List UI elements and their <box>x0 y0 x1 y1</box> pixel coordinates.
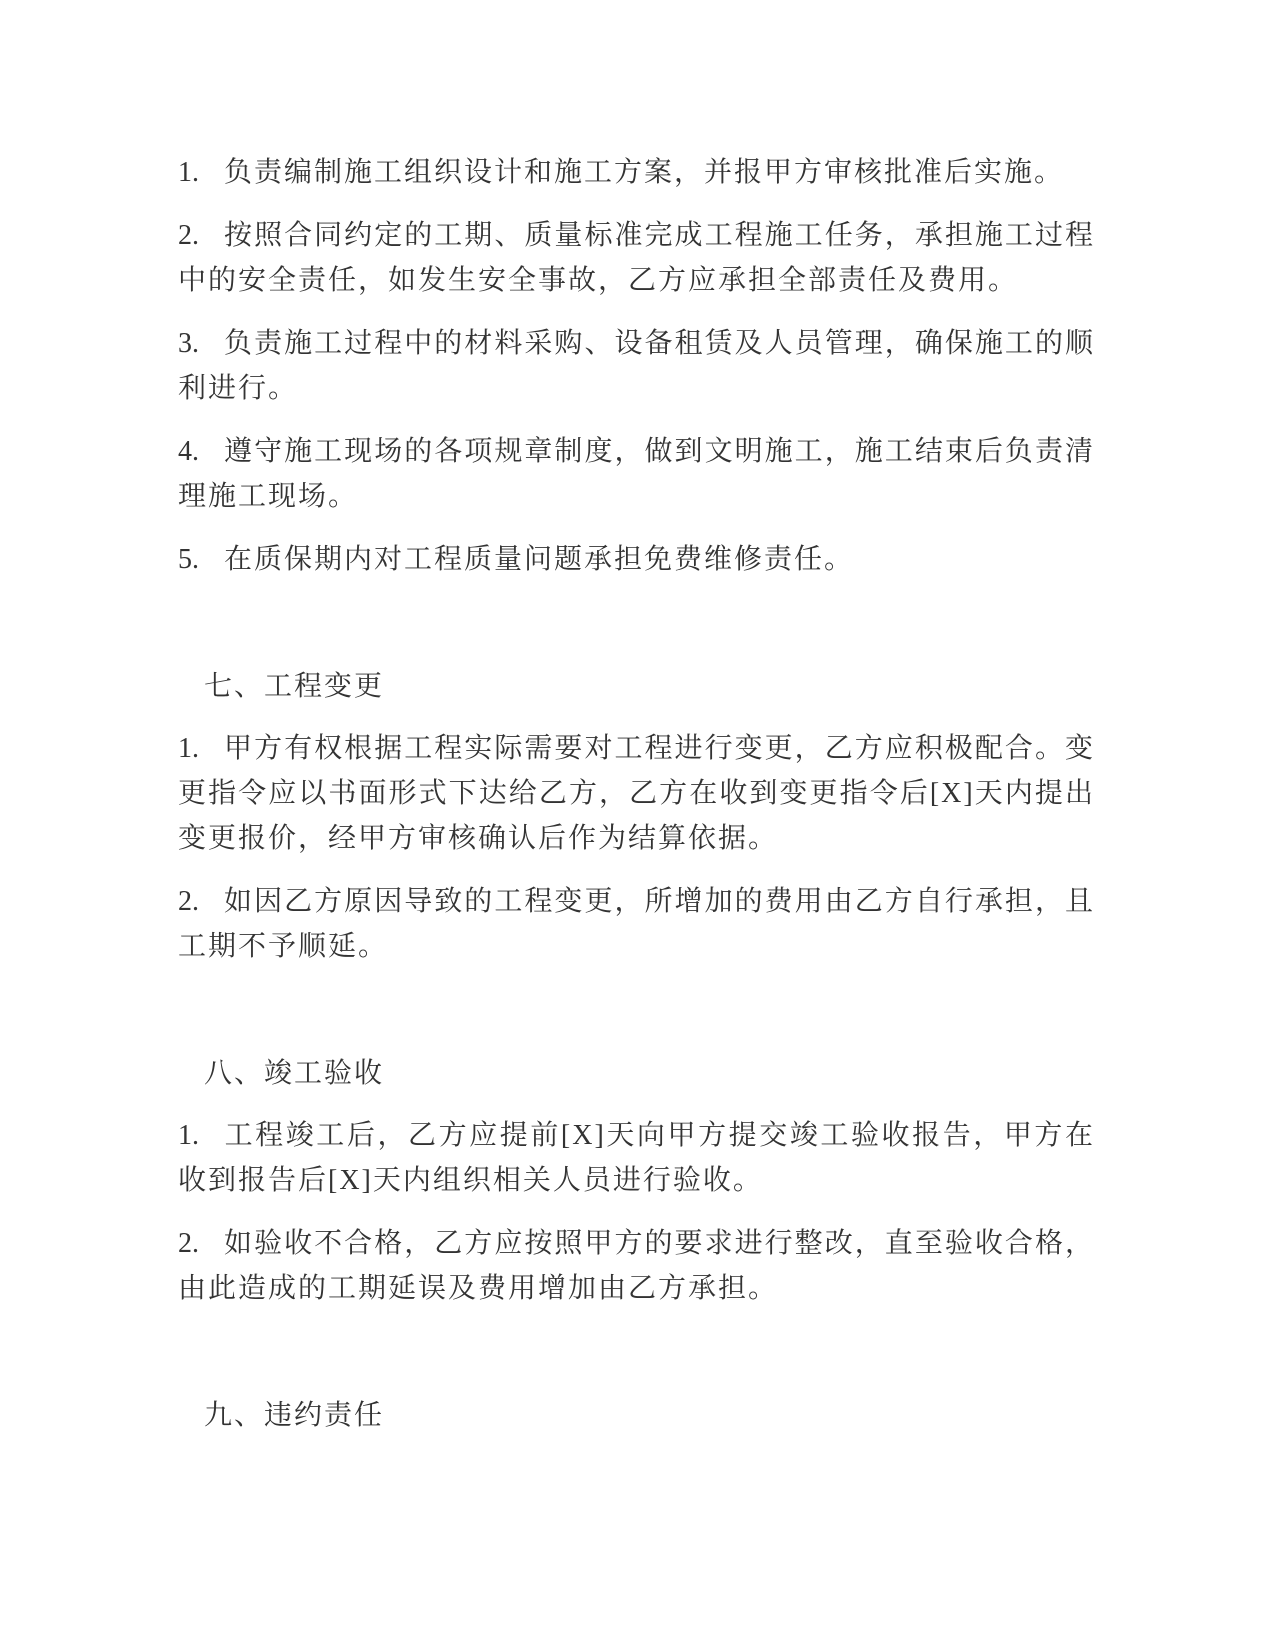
section8-item-2: 2.如验收不合格，乙方应按照甲方的要求进行整改，直至验收合格，由此造成的工期延误… <box>178 1221 1095 1311</box>
item-text: 负责编制施工组织设计和施工方案，并报甲方审核批准后实施。 <box>224 157 1064 188</box>
item-text: 按照合同约定的工期、质量标准完成工程施工任务，承担施工过程中的安全责任，如发生安… <box>178 220 1095 296</box>
item-number: 5. <box>178 537 224 582</box>
contract-document-page: 1.负责编制施工组织设计和施工方案，并报甲方审核批准后实施。 2.按照合同约定的… <box>0 0 1275 1650</box>
item-number: 1. <box>178 1113 224 1158</box>
item-number: 1. <box>178 150 224 195</box>
item-text: 工程竣工后，乙方应提前[X]天向甲方提交竣工验收报告，甲方在收到报告后[X]天内… <box>178 1120 1095 1196</box>
clause-item-1: 1.负责编制施工组织设计和施工方案，并报甲方审核批准后实施。 <box>178 150 1095 195</box>
item-number: 4. <box>178 429 224 474</box>
item-text: 在质保期内对工程质量问题承担免费维修责任。 <box>224 544 854 575</box>
clause-item-5: 5.在质保期内对工程质量问题承担免费维修责任。 <box>178 537 1095 582</box>
item-number: 2. <box>178 879 224 924</box>
item-number: 1. <box>178 726 224 771</box>
clause-item-4: 4.遵守施工现场的各项规章制度，做到文明施工，施工结束后负责清理施工现场。 <box>178 429 1095 519</box>
item-text: 如验收不合格，乙方应按照甲方的要求进行整改，直至验收合格，由此造成的工期延误及费… <box>178 1228 1095 1304</box>
section8-item-1: 1.工程竣工后，乙方应提前[X]天向甲方提交竣工验收报告，甲方在收到报告后[X]… <box>178 1113 1095 1203</box>
section7-item-1: 1.甲方有权根据工程实际需要对工程进行变更，乙方应积极配合。变更指令应以书面形式… <box>178 726 1095 861</box>
section7-item-2: 2.如因乙方原因导致的工程变更，所增加的费用由乙方自行承担，且工期不予顺延。 <box>178 879 1095 969</box>
item-text: 遵守施工现场的各项规章制度，做到文明施工，施工结束后负责清理施工现场。 <box>178 436 1095 512</box>
section-heading-7: 七、工程变更 <box>178 664 1095 709</box>
section-heading-9: 九、违约责任 <box>178 1393 1095 1438</box>
item-number: 3. <box>178 321 224 366</box>
clause-item-2: 2.按照合同约定的工期、质量标准完成工程施工任务，承担施工过程中的安全责任，如发… <box>178 213 1095 303</box>
item-number: 2. <box>178 213 224 258</box>
item-text: 如因乙方原因导致的工程变更，所增加的费用由乙方自行承担，且工期不予顺延。 <box>178 886 1095 962</box>
item-text: 负责施工过程中的材料采购、设备租赁及人员管理，确保施工的顺利进行。 <box>178 328 1095 404</box>
section-heading-8: 八、竣工验收 <box>178 1051 1095 1096</box>
clause-item-3: 3.负责施工过程中的材料采购、设备租赁及人员管理，确保施工的顺利进行。 <box>178 321 1095 411</box>
item-number: 2. <box>178 1221 224 1266</box>
item-text: 甲方有权根据工程实际需要对工程进行变更，乙方应积极配合。变更指令应以书面形式下达… <box>178 733 1095 854</box>
